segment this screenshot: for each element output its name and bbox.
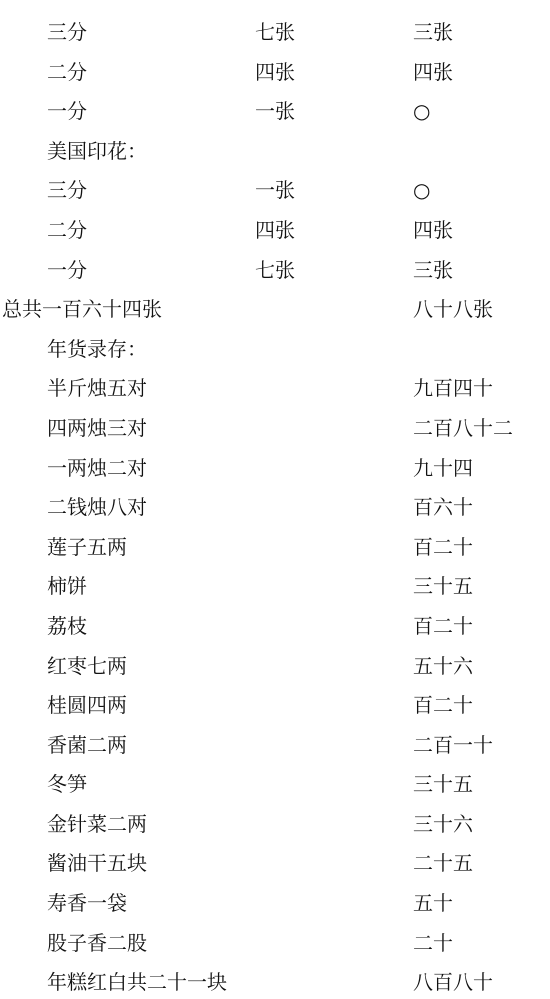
item-label: 股子香二股 — [47, 924, 147, 964]
goods-row: 四两烛三对 二百八十二 — [0, 409, 550, 449]
quantity-col3: 四张 — [413, 211, 453, 251]
quantity-col2: 七张 — [255, 251, 295, 291]
goods-row: 柿饼 三十五 — [0, 567, 550, 607]
item-label: 莲子五两 — [47, 528, 127, 568]
goods-row: 莲子五两 百二十 — [0, 528, 550, 568]
item-price: 三十五 — [413, 765, 473, 805]
item-label: 年糕红白共二十一块 — [47, 963, 227, 999]
goods-row: 年糕红白共二十一块 八百八十 — [0, 963, 550, 999]
item-label: 半斤烛五对 — [47, 369, 147, 409]
item-price: 九百四十 — [413, 369, 493, 409]
quantity-col2: 七张 — [255, 13, 295, 53]
stamp-row-1fen: 一分 一张 ○ — [0, 92, 550, 132]
item-price: 二十 — [413, 924, 453, 964]
goods-row: 一两烛二对 九十四 — [0, 449, 550, 489]
item-price: 百二十 — [413, 686, 473, 726]
item-price: 五十 — [413, 884, 453, 924]
item-price: 百六十 — [413, 488, 473, 528]
goods-row: 香菌二两 二百一十 — [0, 726, 550, 766]
total-col3: 八十八张 — [413, 290, 493, 330]
item-price: 二百八十二 — [413, 409, 513, 449]
quantity-col2: 四张 — [255, 211, 295, 251]
document-body: 三分 七张 三张 二分 四张 四张 一分 一张 ○ 美国印花： 三分 一张 ○ … — [0, 13, 550, 999]
quantity-col3: 三张 — [413, 13, 453, 53]
us-stamp-row-2fen: 二分 四张 四张 — [0, 211, 550, 251]
quantity-col3: 四张 — [413, 53, 453, 93]
item-label: 桂圆四两 — [47, 686, 127, 726]
item-label: 二钱烛八对 — [47, 488, 147, 528]
item-price: 五十六 — [413, 647, 473, 687]
stamp-row-3fen: 三分 七张 三张 — [0, 13, 550, 53]
quantity-col2: 四张 — [255, 53, 295, 93]
goods-row: 桂圆四两 百二十 — [0, 686, 550, 726]
quantity-col2: 一张 — [255, 171, 295, 211]
quantity-col2: 一张 — [255, 92, 295, 132]
item-label: 二分 — [47, 211, 87, 251]
us-stamp-row-3fen: 三分 一张 ○ — [0, 171, 550, 211]
item-label: 荔枝 — [47, 607, 87, 647]
item-label: 一分 — [47, 251, 87, 291]
quantity-col3: 三张 — [413, 251, 453, 291]
item-label: 二分 — [47, 53, 87, 93]
total-label: 总共一百六十四张 — [2, 290, 162, 330]
us-stamp-row-1fen: 一分 七张 三张 — [0, 251, 550, 291]
goods-row: 半斤烛五对 九百四十 — [0, 369, 550, 409]
item-label: 三分 — [47, 171, 87, 211]
section-heading: 美国印花： — [47, 132, 147, 172]
section-heading-new-year-goods: 年货录存： — [0, 330, 550, 370]
goods-row: 寿香一袋 五十 — [0, 884, 550, 924]
goods-row: 金针菜二两 三十六 — [0, 805, 550, 845]
goods-row: 股子香二股 二十 — [0, 924, 550, 964]
item-price: 九十四 — [413, 449, 473, 489]
goods-row: 红枣七两 五十六 — [0, 647, 550, 687]
item-label: 一两烛二对 — [47, 449, 147, 489]
stamp-row-2fen: 二分 四张 四张 — [0, 53, 550, 93]
item-price: 百二十 — [413, 607, 473, 647]
item-price: 二十五 — [413, 844, 473, 884]
item-label: 冬笋 — [47, 765, 87, 805]
item-label: 四两烛三对 — [47, 409, 147, 449]
item-label: 金针菜二两 — [47, 805, 147, 845]
item-label: 酱油干五块 — [47, 844, 147, 884]
item-price: 二百一十 — [413, 726, 493, 766]
section-heading-us-stamps: 美国印花： — [0, 132, 550, 172]
item-label: 香菌二两 — [47, 726, 127, 766]
quantity-col3: ○ — [413, 171, 430, 211]
item-price: 八百八十 — [413, 963, 493, 999]
goods-row: 冬笋 三十五 — [0, 765, 550, 805]
item-price: 百二十 — [413, 528, 473, 568]
item-label: 柿饼 — [47, 567, 87, 607]
quantity-col3: ○ — [413, 92, 430, 132]
section-heading: 年货录存： — [47, 330, 147, 370]
goods-row: 二钱烛八对 百六十 — [0, 488, 550, 528]
item-price: 三十六 — [413, 805, 473, 845]
item-label: 三分 — [47, 13, 87, 53]
stamp-total-row: 总共一百六十四张 八十八张 — [0, 290, 550, 330]
goods-row: 荔枝 百二十 — [0, 607, 550, 647]
goods-row: 酱油干五块 二十五 — [0, 844, 550, 884]
item-label: 寿香一袋 — [47, 884, 127, 924]
item-price: 三十五 — [413, 567, 473, 607]
item-label: 一分 — [47, 92, 87, 132]
item-label: 红枣七两 — [47, 647, 127, 687]
